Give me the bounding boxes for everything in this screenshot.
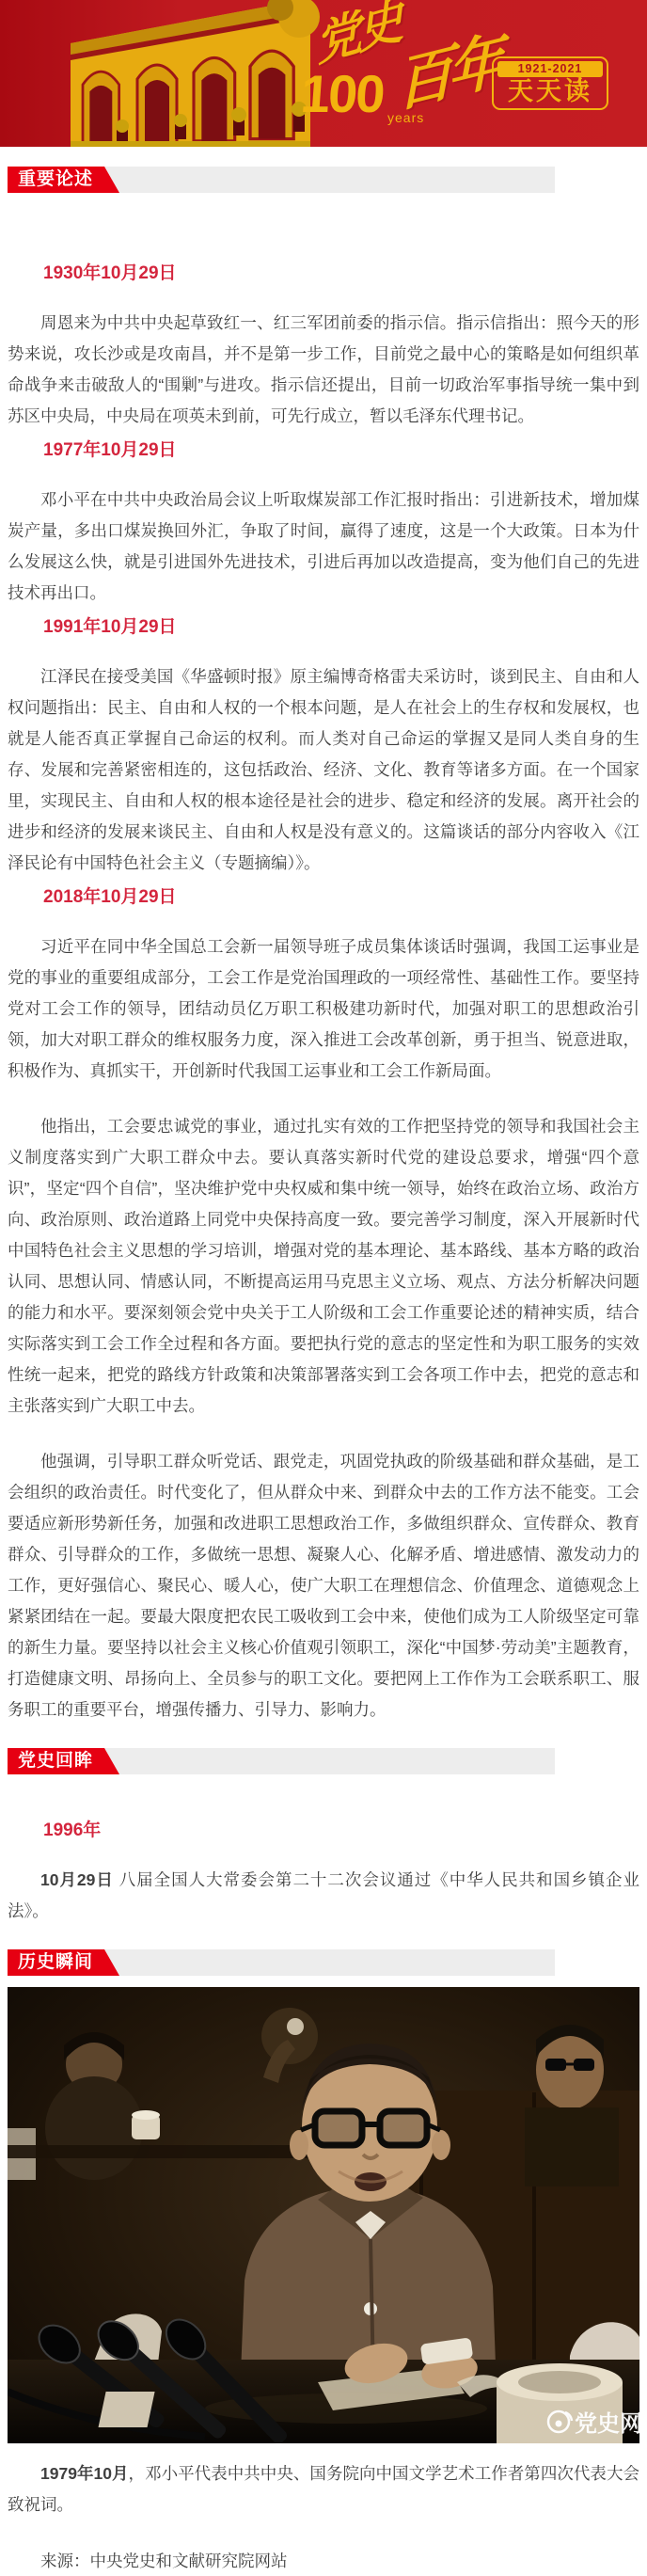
section-badge-important-discussions: 重要论述 (8, 167, 119, 193)
paragraph-2018-2: 他指出，工会要忠诚党的事业，通过扎实有效的工作把坚持党的领导和我国社会主义制度落… (8, 1111, 639, 1422)
date-heading-1996: 1996年 (8, 1820, 639, 1842)
date-heading-2018: 2018年10月29日 (8, 886, 639, 909)
date-heading-1991: 1991年10月29日 (8, 616, 639, 639)
paragraph-2018-1: 习近平在同中华全国总工会新一届领导班子成员集体谈话时强调，我国工运事业是党的事业… (8, 931, 639, 1087)
paragraph-1996-date-lead: 10月29日 (40, 1870, 114, 1889)
place-card (99, 2392, 155, 2427)
banner-badge-title: ’天天读 (497, 77, 603, 106)
section-badge-historical-moment: 历史瞬间 (8, 1949, 119, 1976)
teacup (132, 2110, 160, 2139)
photo-caption-date-lead: 1979年10月 (40, 2464, 129, 2483)
banner-number-100: 100 (299, 68, 385, 120)
section-badge-party-history-review: 党史回眸 (8, 1748, 119, 1774)
article-body: 重要论述 1930年10月29日 周恩来为中共中央起草致红一、红三军团前委的指示… (0, 167, 647, 2573)
banner-badge: 1921-2021 ’天天读 (492, 56, 608, 110)
historical-photo[interactable]: 党史网 (8, 1987, 639, 2443)
deng-xiaoping-speech-photo: 党史网 (8, 1987, 639, 2443)
banner: 党史 100 years 百年 1921-2021 ’天天读 (0, 0, 647, 147)
section-header-important-discussions: 重要论述 (8, 167, 555, 193)
paragraph-2018-3: 他强调，引导职工群众听党话、跟党走，巩固党执政的阶级基础和群众基础，是工会组织的… (8, 1446, 639, 1725)
article-page: 党史 100 years 百年 1921-2021 ’天天读 重要论述 1930… (0, 0, 647, 2576)
paragraph-1991: 江泽民在接受美国《华盛顿时报》原主编博奇格雷夫采访时，谈到民主、自由和人权问题指… (8, 661, 639, 879)
banner-badge-years: 1921-2021 (497, 61, 603, 77)
banner-badge-tick: ’ (576, 70, 586, 99)
section-header-historical-moment: 历史瞬间 (8, 1949, 555, 1976)
photo-caption: 1979年10月，邓小平代表中共中央、国务院向中国文学艺术工作者第四次代表大会致… (8, 2458, 639, 2520)
date-heading-1930: 1930年10月29日 (8, 262, 639, 285)
section-header-party-history-review: 党史回眸 (8, 1748, 555, 1774)
paragraph-1996: 10月29日 八届全国人大常委会第二十二次会议通过《中华人民共和国乡镇企业法》。 (8, 1865, 639, 1927)
paragraph-1977: 邓小平在中共中央政治局会议上听取煤炭部工作汇报时指出：引进新技术，增加煤炭产量，… (8, 485, 639, 609)
source-line: 来源：中央党史和文献研究院网站 (8, 2549, 639, 2573)
watermark-text: 党史网 (575, 2411, 639, 2437)
date-heading-1977: 1977年10月29日 (8, 439, 639, 462)
paragraph-1930: 周恩来为中共中央起草致红一、红三军团前委的指示信。指示信指出：照今天的形势来说，… (8, 308, 639, 432)
